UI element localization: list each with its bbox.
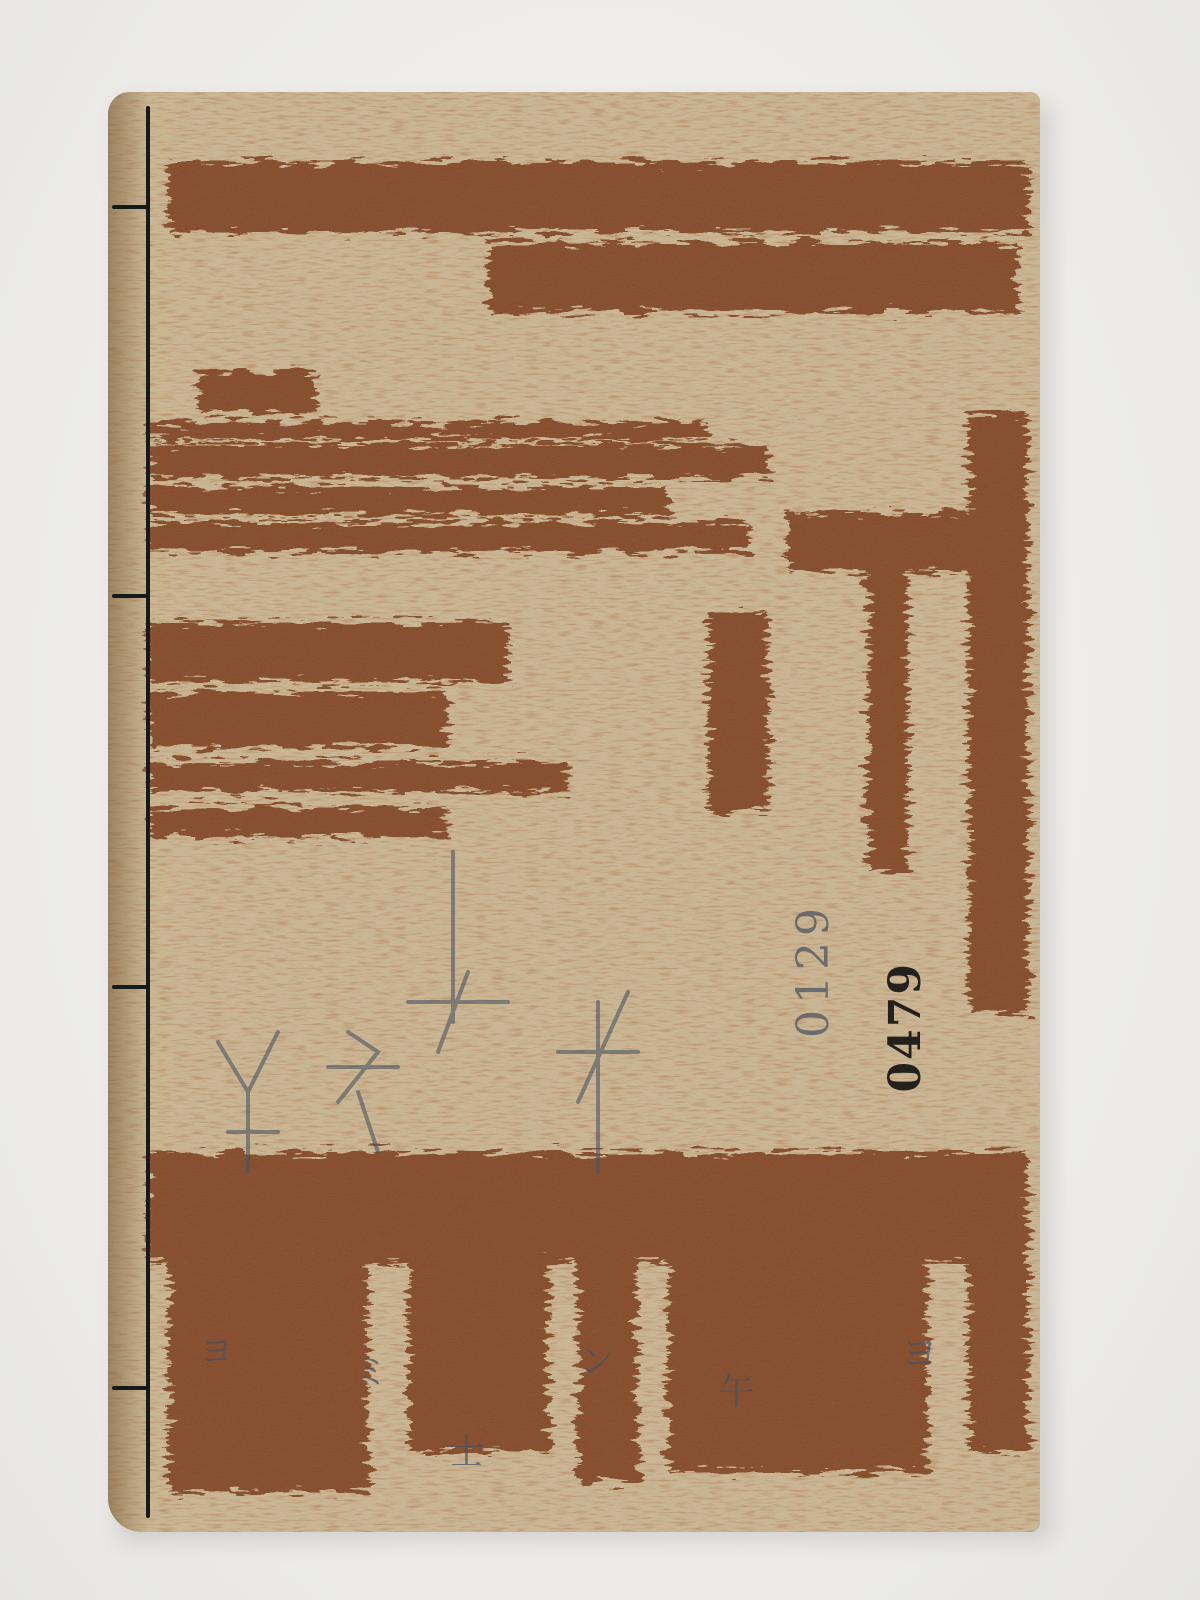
- binding-tie-1: [112, 205, 150, 209]
- pencil-mark-6: ヨ: [888, 1332, 945, 1378]
- spine-strip: [108, 92, 150, 1532]
- pencil-mark-1: ヨ: [188, 1332, 239, 1374]
- binding-tie-2: [112, 594, 150, 598]
- book-cover: 0479 0129 ヨ ミ 士 ン 午 ヨ: [108, 92, 1040, 1532]
- ink-inventory-number: 0479: [880, 962, 931, 1092]
- stain-texture: [108, 92, 1040, 1532]
- pencil-number: 0129: [788, 902, 839, 1038]
- pencil-mark-2: ミ: [343, 1352, 394, 1394]
- binding-thread: [146, 106, 150, 1518]
- binding-tie-4: [112, 1386, 150, 1390]
- pencil-mark-3: 士: [438, 1432, 489, 1474]
- pencil-mark-5: 午: [708, 1372, 759, 1414]
- binding-tie-3: [112, 985, 150, 989]
- pencil-mark-4: ン: [568, 1342, 619, 1384]
